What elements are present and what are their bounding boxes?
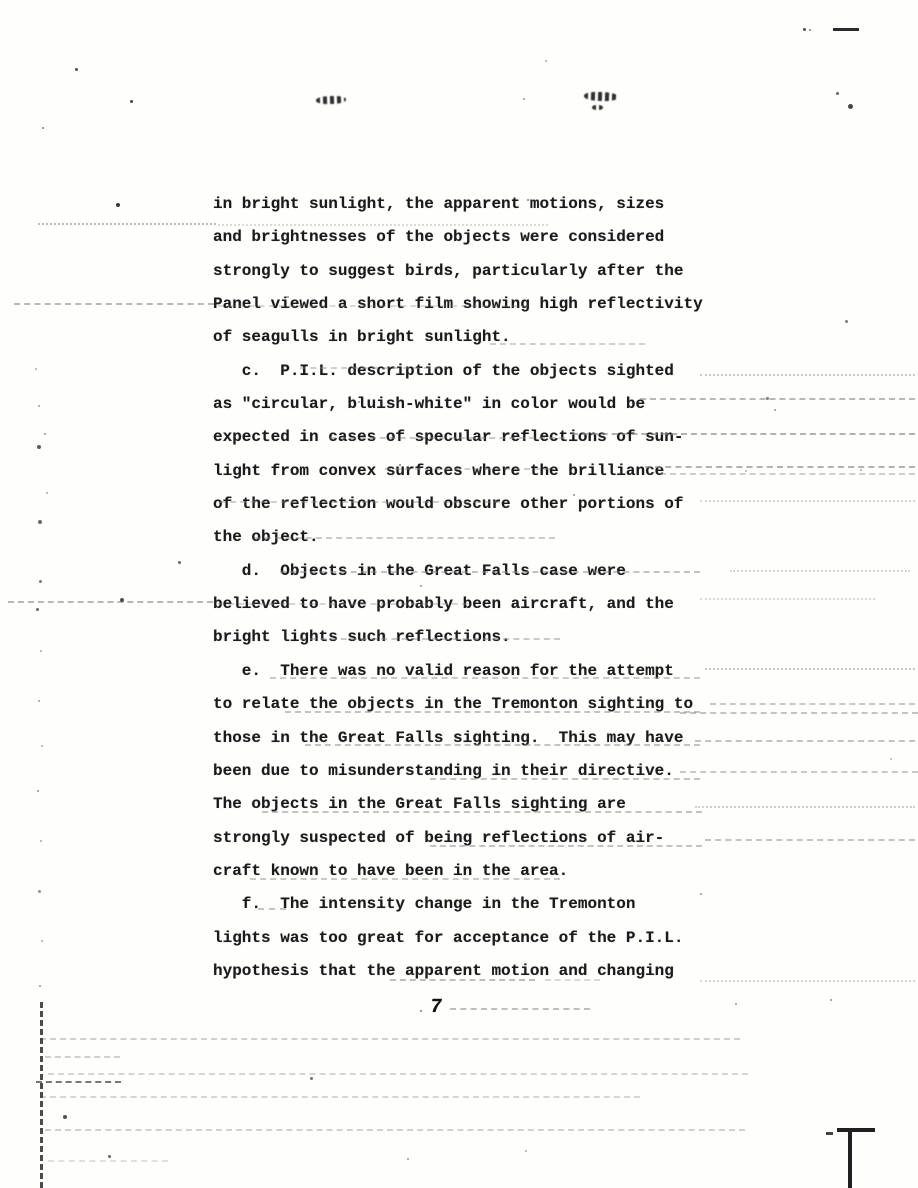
scan-speck [420,1010,422,1012]
text-line: and brightnesses of the objects were con… [213,221,773,254]
text-line: those in the Great Falls sighting. This … [213,722,773,755]
text-line: bright lights such reflections. [213,621,773,654]
text-line: of the reflection would obscure other po… [213,488,773,521]
scan-line-artifact [48,1160,168,1162]
text-line: strongly suspected of being reflections … [213,822,773,855]
scan-speck [39,580,42,583]
text-line: light from convex surfaces where the bri… [213,455,773,488]
corner-bracket-mark [848,1132,852,1188]
scan-speck [40,840,42,842]
scan-speck [37,445,41,449]
text-line: The objects in the Great Falls sighting … [213,788,773,821]
text-line: believed to have probably been aircraft,… [213,588,773,621]
scan-speck [75,68,78,71]
scan-speck [38,405,40,407]
scan-speck [407,1158,409,1160]
scan-line-artifact [38,223,216,225]
scan-speck [46,492,48,494]
ink-smudge [592,105,603,110]
corner-bracket-mark [833,28,859,31]
page-edge-line [40,1002,43,1188]
scan-line-artifact [45,1056,120,1058]
scan-speck [38,520,42,524]
scan-line-artifact [45,1129,745,1131]
scan-speck [63,1115,67,1119]
text-line: been due to misunderstanding in their di… [213,755,773,788]
scanned-page: in bright sunlight, the apparent motions… [0,0,918,1188]
scan-speck [130,100,133,103]
typewritten-text-block: in bright sunlight, the apparent motions… [213,188,773,988]
scan-speck [35,368,37,370]
scan-speck [41,940,43,942]
scan-line-artifact [8,601,213,603]
scan-line-artifact [450,1008,590,1010]
text-line: lights was too great for acceptance of t… [213,922,773,955]
ink-smudge [584,91,618,101]
scan-speck [860,469,862,471]
text-line: strongly to suggest birds, particularly … [213,255,773,288]
scan-speck [836,92,839,95]
scan-speck [523,98,525,100]
scan-speck [120,598,124,602]
scan-line-artifact [36,1081,121,1083]
text-line: hypothesis that the apparent motion and … [213,955,773,988]
scan-line-artifact [48,1073,748,1075]
text-line: of seagulls in bright sunlight. [213,321,773,354]
scan-speck [39,985,41,987]
text-line: c. P.I.L. description of the objects sig… [213,355,773,388]
scan-line-artifact [40,1038,740,1040]
scan-speck [848,104,853,109]
text-line: expected in cases of specular reflection… [213,421,773,454]
scan-speck [845,320,848,323]
text-line: d. Objects in the Great Falls case were [213,555,773,588]
scan-speck [803,28,806,31]
scan-speck [40,650,42,652]
scan-speck [44,433,46,435]
text-line: the object. [213,521,773,554]
scan-speck [108,1155,111,1158]
scan-speck [38,890,41,893]
corner-bracket-mark [837,1128,875,1132]
text-line: as "circular, bluish-white" in color wou… [213,388,773,421]
scan-line-artifact [40,1096,640,1098]
scan-speck [735,1003,737,1005]
scan-speck [830,999,832,1001]
scan-speck [310,1077,313,1080]
ink-smudge [316,95,346,104]
text-line: Panel viewed a short film showing high r… [213,288,773,321]
text-line: e. There was no valid reason for the att… [213,655,773,688]
text-line: f. The intensity change in the Tremonton [213,888,773,921]
text-line: to relate the objects in the Tremonton s… [213,688,773,721]
scan-speck [36,608,39,611]
scan-speck [809,29,811,31]
scan-speck [545,60,547,62]
text-line: craft known to have been in the area. [213,855,773,888]
scan-speck [890,758,892,760]
scan-speck [774,409,776,411]
scan-speck [37,790,39,792]
corner-bracket-mark [826,1132,833,1135]
scan-speck [38,700,40,702]
scan-speck [42,127,44,129]
scan-line-artifact [14,303,214,305]
scan-speck [178,561,181,564]
text-line: in bright sunlight, the apparent motions… [213,188,773,221]
scan-speck [41,745,43,747]
scan-speck [116,203,120,207]
scan-speck [525,1150,527,1152]
page-number: 7 [428,996,443,1019]
